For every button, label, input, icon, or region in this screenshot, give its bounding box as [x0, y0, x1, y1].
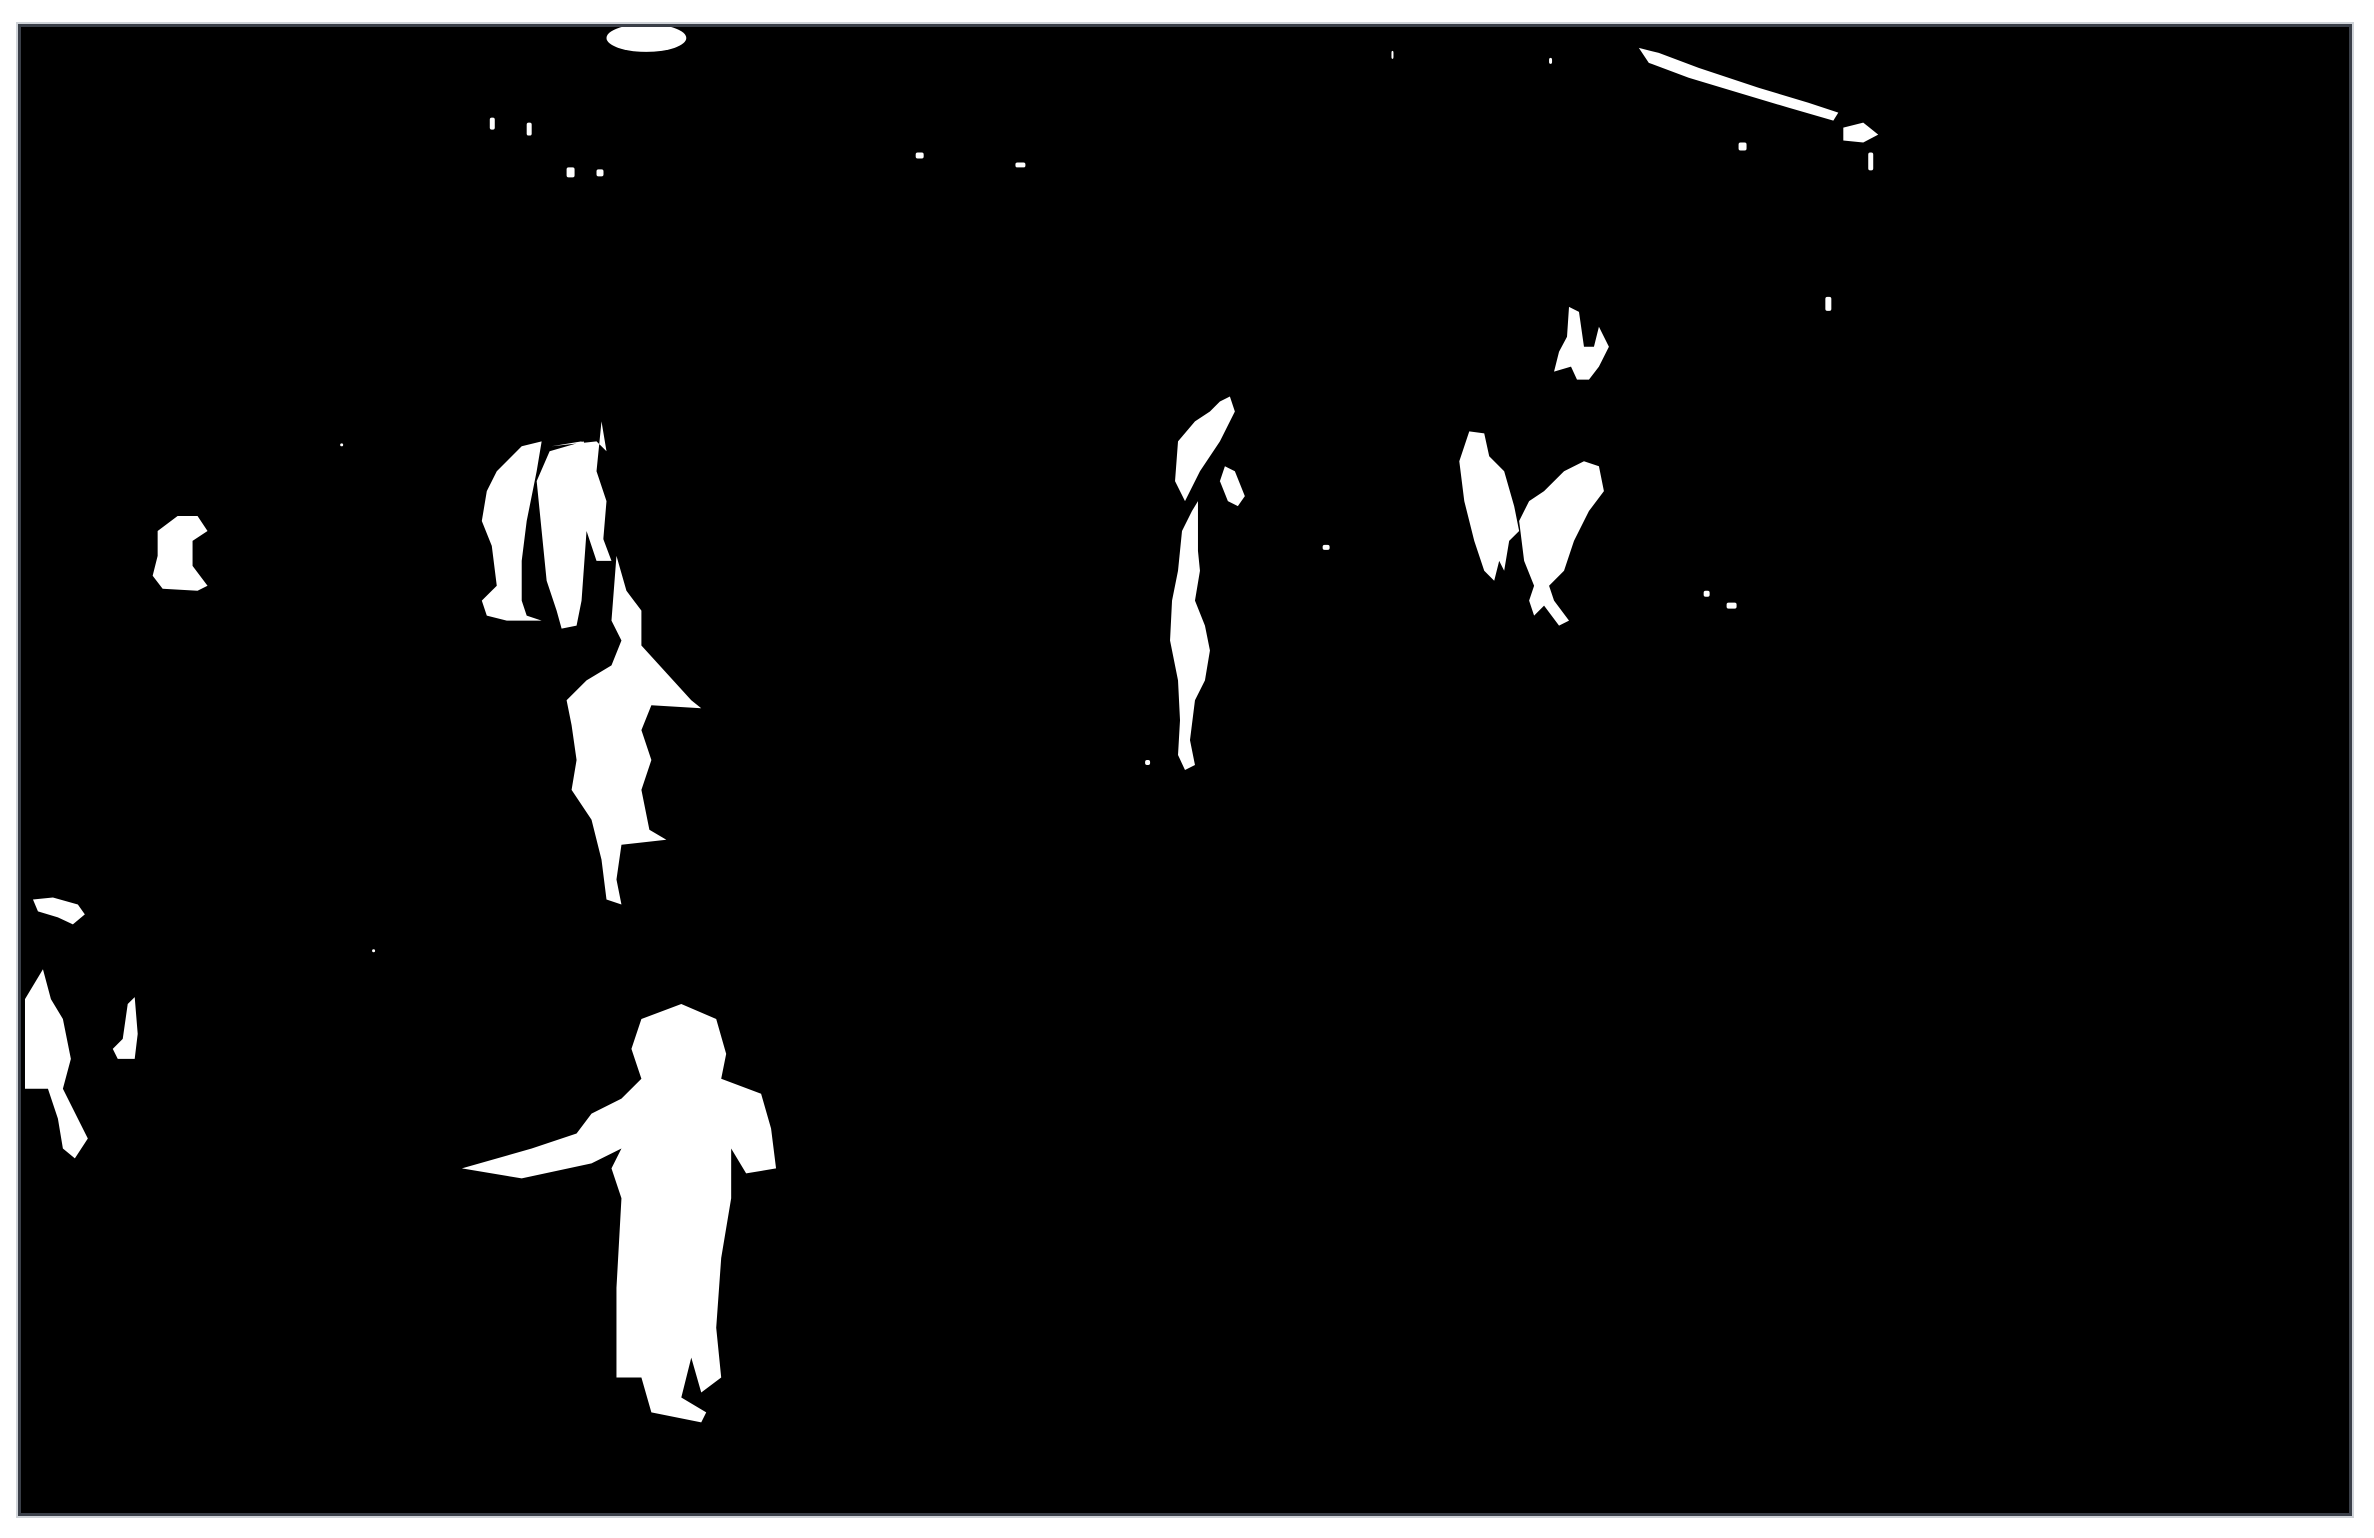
noise-speck — [1015, 162, 1025, 167]
noise-speck — [1825, 297, 1831, 311]
noise-speck — [340, 443, 343, 446]
noise-streak-top — [1639, 48, 1838, 121]
person-silhouette-distant — [1554, 307, 1609, 380]
person-silhouette-right-walking — [1519, 461, 1604, 625]
noise-blob-top-right — [1843, 123, 1878, 143]
person-silhouette-pair-left — [482, 441, 542, 620]
person-silhouette-foreground — [462, 1004, 776, 1422]
noise-speck — [1704, 591, 1710, 597]
person-silhouette-pair-right — [537, 441, 612, 628]
person-silhouette-leaning — [567, 556, 702, 905]
person-fragment-tall-arm — [1220, 466, 1245, 506]
noise-speck — [1727, 603, 1737, 609]
noise-speck — [916, 152, 924, 158]
noise-speck — [490, 118, 495, 130]
noise-speck — [1391, 51, 1393, 59]
person-silhouette-left-mid — [153, 516, 208, 591]
noise-speck — [597, 169, 604, 176]
person-fragment-left — [113, 997, 138, 1059]
noise-speck — [1145, 760, 1150, 765]
noise-speck — [1868, 152, 1873, 170]
segmentation-mask-frame — [18, 24, 2352, 1516]
noise-speck — [1323, 545, 1330, 550]
noise-blob-left — [33, 897, 85, 924]
noise-blob-top — [606, 27, 686, 52]
person-silhouette-left-edge — [25, 969, 88, 1158]
noise-speck — [567, 167, 575, 177]
noise-speck — [1739, 143, 1747, 151]
noise-speck — [527, 123, 532, 136]
segmentation-mask-canvas — [21, 27, 2349, 1513]
noise-speck — [372, 949, 375, 952]
person-silhouette-right-a — [1459, 431, 1519, 580]
person-silhouette-tall — [1170, 501, 1210, 770]
noise-speck — [1549, 58, 1552, 64]
